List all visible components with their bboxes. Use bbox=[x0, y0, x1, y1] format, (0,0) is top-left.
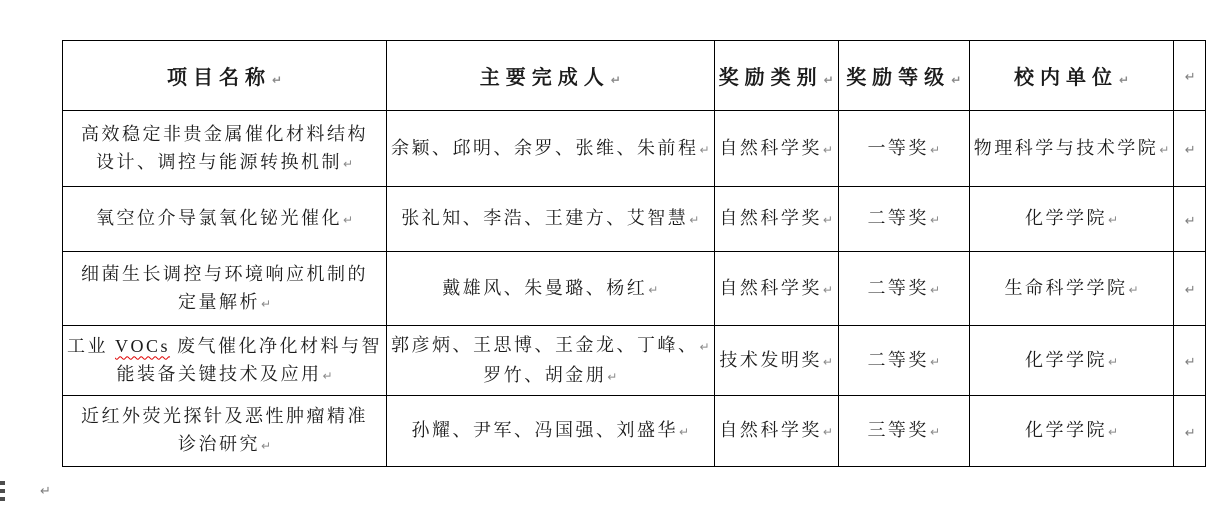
margin-dot bbox=[0, 489, 5, 493]
cell-line: 孙耀、尹军、冯国强、刘盛华↵ bbox=[391, 416, 710, 446]
left-margin-dots bbox=[0, 481, 6, 505]
paragraph-mark-icon: ↵ bbox=[611, 73, 621, 87]
header-cell: 项目名称↵ bbox=[63, 41, 387, 111]
cell-line: 细菌生长调控与环境响应机制的 bbox=[67, 260, 382, 288]
paragraph-mark-icon: ↵ bbox=[823, 143, 833, 157]
header-cell: 奖励等级↵ bbox=[838, 41, 969, 111]
table-cell: 余颖、邱明、余罗、张维、朱前程↵ bbox=[387, 111, 715, 187]
header-cell: 主要完成人↵ bbox=[387, 41, 715, 111]
table-cell: 二等奖↵ bbox=[838, 326, 969, 396]
cell-line: 二等奖↵ bbox=[843, 346, 965, 376]
table-cell: 化学学院↵ bbox=[969, 326, 1174, 396]
cell-line: 自然科学奖↵ bbox=[719, 204, 834, 234]
paragraph-mark-icon: ↵ bbox=[689, 213, 699, 227]
table-cell: 三等奖↵ bbox=[838, 396, 969, 467]
table-cell: 自然科学奖↵ bbox=[714, 187, 838, 252]
cell-line: 技术发明奖↵ bbox=[719, 346, 834, 376]
cell-line: 一等奖↵ bbox=[843, 134, 965, 164]
table-cell: 自然科学奖↵ bbox=[714, 252, 838, 326]
table-cell: 郭彦炳、王思博、王金龙、丁峰、↵罗竹、胡金朋↵ bbox=[387, 326, 715, 396]
paragraph-mark-icon: ↵ bbox=[1159, 143, 1169, 157]
cell-line: 化学学院↵ bbox=[974, 416, 1170, 446]
paragraph-mark-icon: ↵ bbox=[700, 143, 710, 157]
paragraph-mark-icon: ↵ bbox=[343, 157, 353, 171]
cell-line: 能装备关键技术及应用↵ bbox=[67, 360, 382, 390]
paragraph-mark-icon: ↵ bbox=[679, 425, 689, 439]
paragraph-mark-icon: ↵ bbox=[272, 73, 282, 87]
table-cell: 化学学院↵ bbox=[969, 187, 1174, 252]
table-cell: 孙耀、尹军、冯国强、刘盛华↵ bbox=[387, 396, 715, 467]
table-row: 工业 VOCs 废气催化净化材料与智能装备关键技术及应用↵郭彦炳、王思博、王金龙… bbox=[63, 326, 1206, 396]
table-cell: 张礼知、李浩、王建方、艾智慧↵ bbox=[387, 187, 715, 252]
cell-line: 高效稳定非贵金属催化材料结构 bbox=[67, 120, 382, 148]
cell-line: 诊治研究↵ bbox=[67, 430, 382, 460]
paragraph-mark-icon: ↵ bbox=[930, 213, 940, 227]
table-cell: 物理科学与技术学院↵ bbox=[969, 111, 1174, 187]
paragraph-mark-icon: ↵ bbox=[343, 213, 353, 227]
paragraph-mark-icon: ↵ bbox=[261, 297, 271, 311]
table-cell: 高效稳定非贵金属催化材料结构设计、调控与能源转换机制↵ bbox=[63, 111, 387, 187]
end-of-row-mark-icon: ↵ bbox=[1185, 214, 1196, 229]
cell-line: 郭彦炳、王思博、王金龙、丁峰、↵ bbox=[391, 331, 710, 361]
row-end-mark-cell: ↵ bbox=[1174, 111, 1206, 187]
table-cell: 二等奖↵ bbox=[838, 252, 969, 326]
paragraph-mark-icon: ↵ bbox=[1129, 283, 1139, 297]
end-of-row-mark-icon: ↵ bbox=[1185, 355, 1196, 370]
document-page: 项目名称↵主要完成人↵奖励类别↵奖励等级↵校内单位↵↵ 高效稳定非贵金属催化材料… bbox=[0, 0, 1206, 512]
cell-line: 二等奖↵ bbox=[843, 204, 965, 234]
cell-line: 生命科学学院↵ bbox=[974, 274, 1170, 304]
cell-line: 戴雄风、朱曼璐、杨红↵ bbox=[391, 274, 710, 304]
paragraph-mark-icon: ↵ bbox=[823, 283, 833, 297]
table-header: 项目名称↵主要完成人↵奖励类别↵奖励等级↵校内单位↵↵ bbox=[63, 41, 1206, 111]
paragraph-mark-icon: ↵ bbox=[1108, 355, 1118, 369]
cell-line: 张礼知、李浩、王建方、艾智慧↵ bbox=[391, 204, 710, 234]
paragraph-mark-icon: ↵ bbox=[607, 370, 617, 384]
paragraph-mark-icon: ↵ bbox=[951, 73, 961, 87]
table-row: 细菌生长调控与环境响应机制的定量解析↵戴雄风、朱曼璐、杨红↵自然科学奖↵二等奖↵… bbox=[63, 252, 1206, 326]
header-cell: 校内单位↵ bbox=[969, 41, 1174, 111]
cell-line: 氧空位介导氯氧化铋光催化↵ bbox=[67, 204, 382, 234]
margin-dot bbox=[0, 481, 5, 485]
table-cell: 一等奖↵ bbox=[838, 111, 969, 187]
cell-line: 物理科学与技术学院↵ bbox=[974, 134, 1170, 164]
table-cell: 技术发明奖↵ bbox=[714, 326, 838, 396]
end-of-row-mark-icon: ↵ bbox=[1185, 426, 1196, 441]
margin-dot bbox=[0, 497, 5, 501]
table-cell: 自然科学奖↵ bbox=[714, 111, 838, 187]
table-cell: 生命科学学院↵ bbox=[969, 252, 1174, 326]
paragraph-mark-icon: ↵ bbox=[823, 213, 833, 227]
table-cell: 工业 VOCs 废气催化净化材料与智能装备关键技术及应用↵ bbox=[63, 326, 387, 396]
table-cell: 细菌生长调控与环境响应机制的定量解析↵ bbox=[63, 252, 387, 326]
paragraph-mark-icon: ↵ bbox=[930, 283, 940, 297]
end-of-row-mark-icon: ↵ bbox=[1185, 143, 1196, 158]
cell-line: 近红外荧光探针及恶性肿瘤精准 bbox=[67, 402, 382, 430]
cell-line: 三等奖↵ bbox=[843, 416, 965, 446]
table-row: 近红外荧光探针及恶性肿瘤精准诊治研究↵孙耀、尹军、冯国强、刘盛华↵自然科学奖↵三… bbox=[63, 396, 1206, 467]
row-end-mark-cell: ↵ bbox=[1174, 326, 1206, 396]
cell-line: 化学学院↵ bbox=[974, 204, 1170, 234]
table-cell: 戴雄风、朱曼璐、杨红↵ bbox=[387, 252, 715, 326]
cell-line: 罗竹、胡金朋↵ bbox=[391, 361, 710, 391]
paragraph-mark-icon: ↵ bbox=[261, 439, 271, 453]
cell-line: 二等奖↵ bbox=[843, 274, 965, 304]
header-cell: 奖励类别↵ bbox=[714, 41, 838, 111]
paragraph-mark-icon: ↵ bbox=[700, 340, 710, 354]
row-end-mark-cell: ↵ bbox=[1174, 396, 1206, 467]
paragraph-mark-icon: ↵ bbox=[823, 425, 833, 439]
table-row: 氧空位介导氯氧化铋光催化↵张礼知、李浩、王建方、艾智慧↵自然科学奖↵二等奖↵化学… bbox=[63, 187, 1206, 252]
table-cell: 化学学院↵ bbox=[969, 396, 1174, 467]
cell-line: 定量解析↵ bbox=[67, 288, 382, 318]
paragraph-mark-icon: ↵ bbox=[40, 484, 51, 499]
paragraph-mark-icon: ↵ bbox=[1119, 73, 1129, 87]
cell-line: 自然科学奖↵ bbox=[719, 134, 834, 164]
row-end-mark-cell: ↵ bbox=[1174, 187, 1206, 252]
table-cell: 二等奖↵ bbox=[838, 187, 969, 252]
row-end-mark-cell: ↵ bbox=[1174, 41, 1206, 111]
cell-line: 化学学院↵ bbox=[974, 346, 1170, 376]
paragraph-mark-icon: ↵ bbox=[930, 143, 940, 157]
table-cell: 氧空位介导氯氧化铋光催化↵ bbox=[63, 187, 387, 252]
paragraph-mark-icon: ↵ bbox=[322, 369, 332, 383]
paragraph-mark-icon: ↵ bbox=[823, 355, 833, 369]
paragraph-mark-icon: ↵ bbox=[930, 425, 940, 439]
cell-line: 自然科学奖↵ bbox=[719, 416, 834, 446]
paragraph-mark-icon: ↵ bbox=[930, 355, 940, 369]
table-body: 高效稳定非贵金属催化材料结构设计、调控与能源转换机制↵余颖、邱明、余罗、张维、朱… bbox=[63, 111, 1206, 467]
paragraph-mark-icon: ↵ bbox=[1108, 213, 1118, 227]
cell-line: 自然科学奖↵ bbox=[719, 274, 834, 304]
header-row: 项目名称↵主要完成人↵奖励类别↵奖励等级↵校内单位↵↵ bbox=[63, 41, 1206, 111]
paragraph-mark-icon: ↵ bbox=[648, 283, 658, 297]
cell-line: 设计、调控与能源转换机制↵ bbox=[67, 148, 382, 178]
end-of-row-mark-icon: ↵ bbox=[1185, 283, 1196, 298]
table-cell: 近红外荧光探针及恶性肿瘤精准诊治研究↵ bbox=[63, 396, 387, 467]
paragraph-mark-icon: ↵ bbox=[1108, 425, 1118, 439]
cell-line: 余颖、邱明、余罗、张维、朱前程↵ bbox=[391, 134, 710, 164]
row-end-mark-cell: ↵ bbox=[1174, 252, 1206, 326]
paragraph-mark-icon: ↵ bbox=[824, 73, 834, 87]
end-of-row-mark-icon: ↵ bbox=[1185, 70, 1196, 85]
table-row: 高效稳定非贵金属催化材料结构设计、调控与能源转换机制↵余颖、邱明、余罗、张维、朱… bbox=[63, 111, 1206, 187]
misspelled-word: VOCs bbox=[115, 336, 170, 356]
awards-table: 项目名称↵主要完成人↵奖励类别↵奖励等级↵校内单位↵↵ 高效稳定非贵金属催化材料… bbox=[62, 40, 1206, 467]
table-cell: 自然科学奖↵ bbox=[714, 396, 838, 467]
cell-line: 工业 VOCs 废气催化净化材料与智 bbox=[67, 332, 382, 360]
